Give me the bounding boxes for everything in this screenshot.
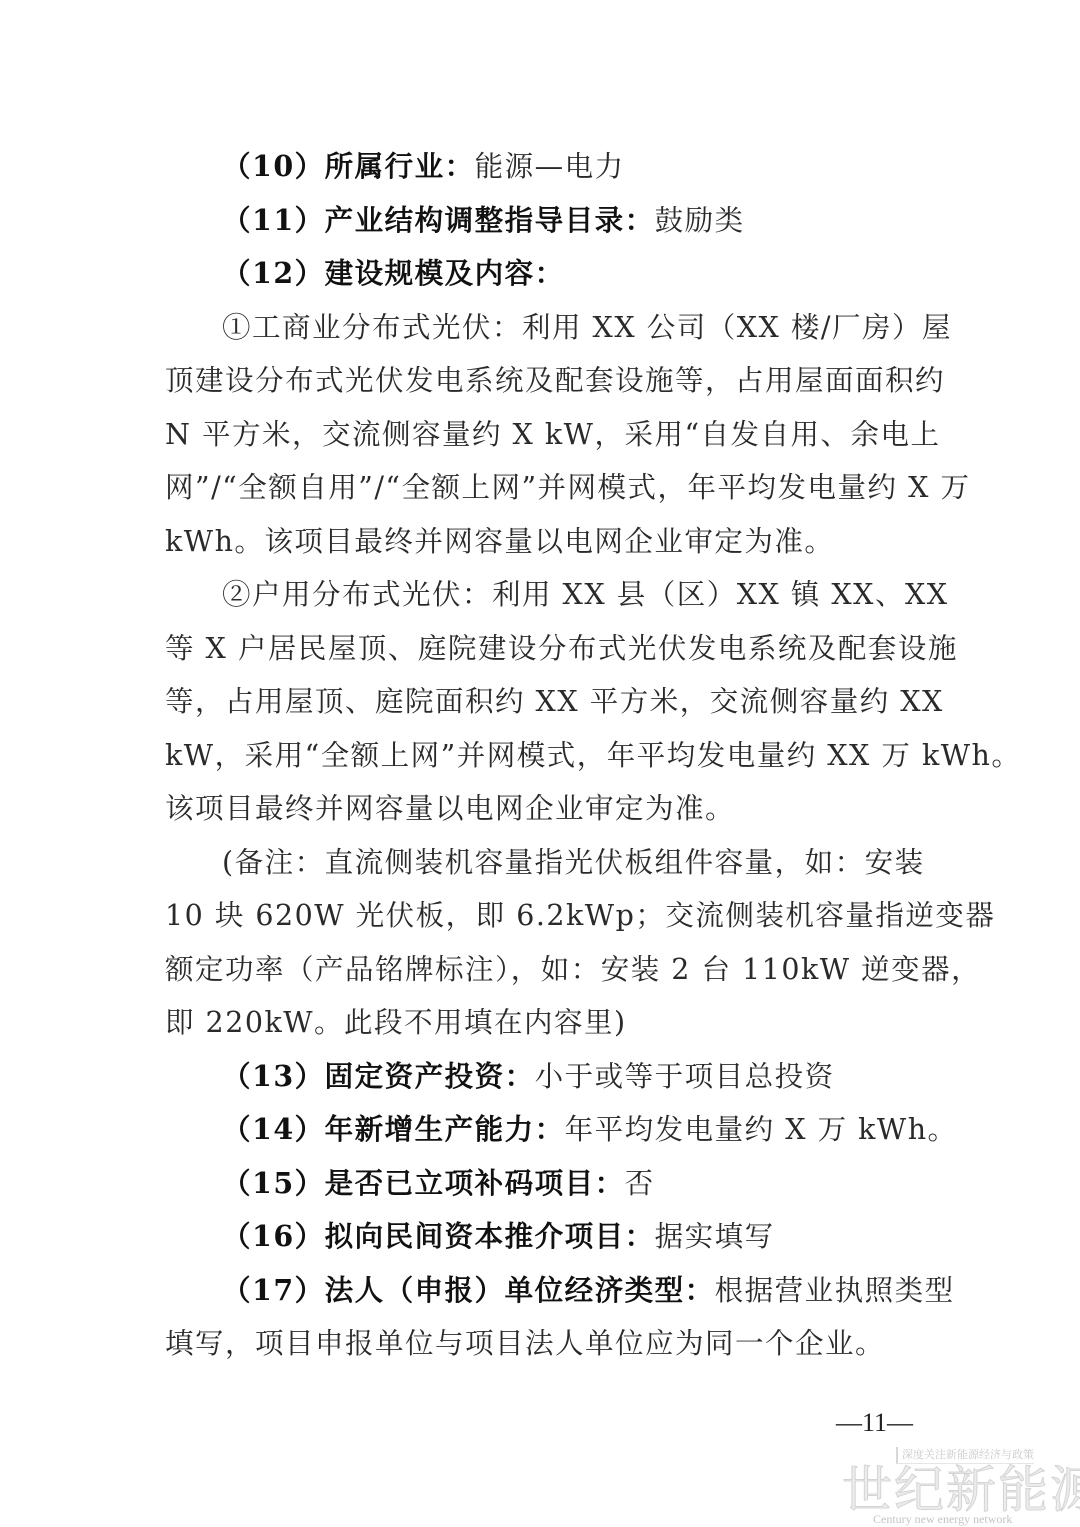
paragraph-household-pv: ②户用分布式光伏：利用 XX 县（区）XX 镇 XX、XX 等 X 户居民屋顶、… — [165, 568, 917, 836]
item-value: 小于或等于项目总投资 — [535, 1060, 835, 1093]
paragraph-line: kW，采用“全额上网”并网模式，年平均发电量约 XX 万 kWh。 — [165, 729, 917, 783]
item-label: （14）年新增生产能力： — [222, 1112, 565, 1146]
paragraph-line: 该项目最终并网容量以电网企业审定为准。 — [165, 782, 917, 836]
item-value: 鼓励类 — [655, 204, 745, 237]
paragraph-line: 10 块 620W 光伏板，即 6.2kWp；交流侧装机容量指逆变器 — [165, 889, 917, 943]
watermark-logo-text: 世纪新能源网 — [842, 1462, 1080, 1518]
item-value: 能源—电力 — [475, 150, 625, 183]
paragraph-line: 额定功率（产品铭牌标注），如：安装 2 台 110kW 逆变器， — [165, 943, 917, 997]
item-value: 否 — [625, 1167, 655, 1200]
paragraph-line: 等，占用屋顶、庭院面积约 XX 平方米，交流侧容量约 XX — [165, 675, 917, 729]
item-label: （15）是否已立项补码项目： — [222, 1166, 625, 1200]
paragraph-commercial-pv: ①工商业分布式光伏：利用 XX 公司（XX 楼/厂房）屋 顶建设分布式光伏发电系… — [165, 301, 917, 569]
item-value: 根据营业执照类型 — [715, 1274, 955, 1307]
item-label: （17）法人（申报）单位经济类型： — [222, 1273, 715, 1307]
item-17-continuation: 填写，项目申报单位与项目法人单位应为同一个企业。 — [165, 1317, 917, 1371]
page-number: —11— — [836, 1408, 913, 1438]
item-11: （11）产业结构调整指导目录：鼓励类 — [165, 194, 917, 248]
item-15: （15）是否已立项补码项目：否 — [165, 1157, 917, 1211]
watermark-english: Century new energy network — [873, 1512, 1012, 1527]
item-label: （13）固定资产投资： — [222, 1059, 535, 1093]
paragraph-line: 等 X 户居民屋顶、庭院建设分布式光伏发电系统及配套设施 — [165, 622, 917, 676]
paragraph-line: 即 220kW。此段不用填在内容里) — [165, 996, 917, 1050]
item-value: 据实填写 — [655, 1220, 775, 1253]
document-page: （10）所属行业：能源—电力 （11）产业结构调整指导目录：鼓励类 （12）建设… — [165, 140, 917, 1371]
item-12: （12）建设规模及内容： — [165, 247, 917, 301]
item-14: （14）年新增生产能力：年平均发电量约 X 万 kWh。 — [165, 1103, 917, 1157]
paragraph-note: (备注：直流侧装机容量指光伏板组件容量，如：安装 10 块 620W 光伏板，即… — [165, 836, 917, 1050]
paragraph-line: N 平方米，交流侧容量约 X kW，采用“自发自用、余电上 — [165, 408, 917, 462]
item-value: 年平均发电量约 X 万 kWh。 — [565, 1113, 958, 1146]
paragraph-line: 顶建设分布式光伏发电系统及配套设施等，占用屋面面积约 — [165, 354, 917, 408]
paragraph-line: 网”/“全额自用”/“全额上网”并网模式，年平均发电量约 X 万 — [165, 461, 917, 515]
item-label: （12）建设规模及内容： — [222, 256, 565, 290]
item-label: （16）拟向民间资本推介项目： — [222, 1219, 655, 1253]
item-16: （16）拟向民间资本推介项目：据实填写 — [165, 1210, 917, 1264]
item-10: （10）所属行业：能源—电力 — [165, 140, 917, 194]
item-17: （17）法人（申报）单位经济类型：根据营业执照类型 — [165, 1264, 917, 1318]
paragraph-line: kWh。该项目最终并网容量以电网企业审定为准。 — [165, 515, 917, 569]
item-13: （13）固定资产投资：小于或等于项目总投资 — [165, 1050, 917, 1104]
paragraph-line: (备注：直流侧装机容量指光伏板组件容量，如：安装 — [165, 836, 917, 890]
paragraph-line: ②户用分布式光伏：利用 XX 县（区）XX 镇 XX、XX — [165, 568, 917, 622]
item-label: （10）所属行业： — [222, 149, 475, 183]
paragraph-line: ①工商业分布式光伏：利用 XX 公司（XX 楼/厂房）屋 — [165, 301, 917, 355]
item-label: （11）产业结构调整指导目录： — [222, 203, 655, 237]
